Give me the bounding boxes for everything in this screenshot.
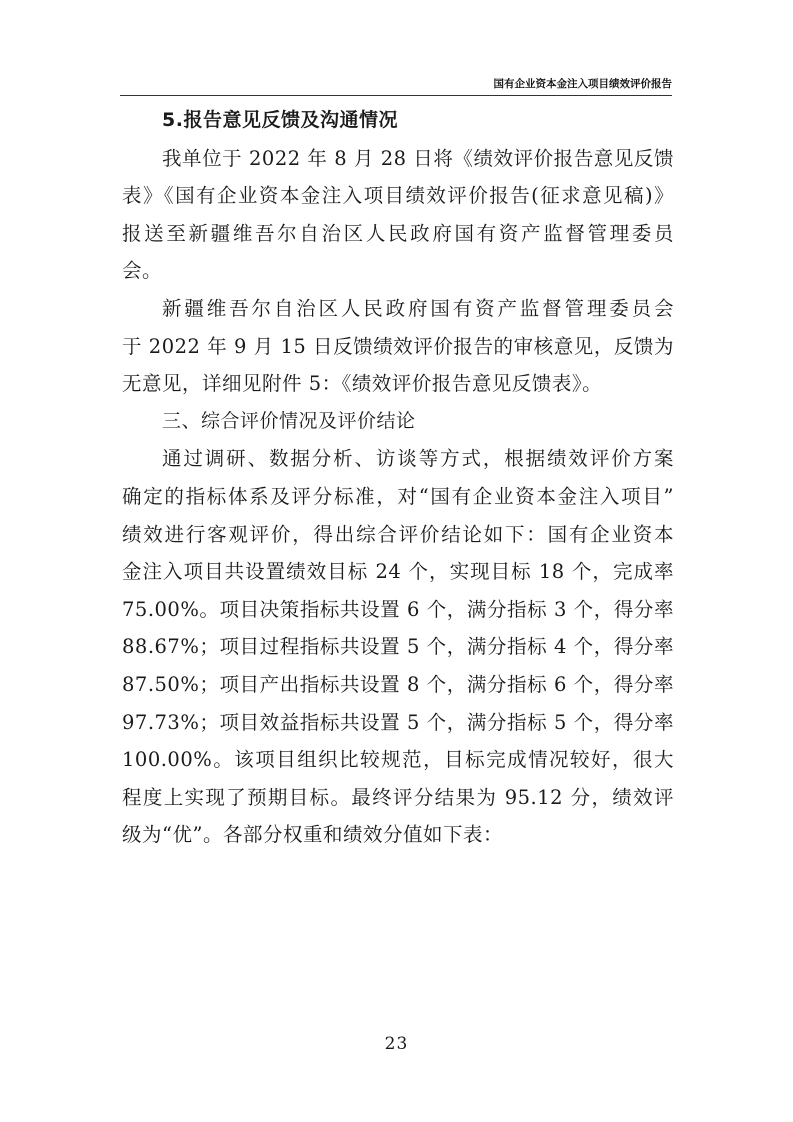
text-line: 确定的指标体系及评分标准，对“国有企业资本金注入项目” (122, 478, 674, 516)
text-line: 会。 (122, 252, 674, 290)
text-line: 通过调研、数据分析、访谈等方式，根据绩效评价方案 (122, 440, 674, 478)
text-line: 我单位于 2022 年 8 月 28 日将《绩效评价报告意见反馈 (122, 140, 674, 178)
paragraph-feedback-result: 新疆维吾尔自治区人民政府国有资产监督管理委员会 于 2022 年 9 月 15 … (122, 290, 674, 403)
paragraph-conclusion: 通过调研、数据分析、访谈等方式，根据绩效评价方案 确定的指标体系及评分标准，对“… (122, 440, 674, 854)
page-body: 5.报告意见反馈及沟通情况 我单位于 2022 年 8 月 28 日将《绩效评价… (122, 102, 674, 854)
text-line: 表》《国有企业资本金注入项目绩效评价报告(征求意见稿)》 (122, 177, 674, 215)
text-line: 100.00%。该项目组织比较规范，目标完成情况较好，很大 (122, 741, 674, 779)
text-line: 87.50%；项目产出指标共设置 8 个，满分指标 6 个，得分率 (122, 666, 674, 704)
text-line: 金注入项目共设置绩效目标 24 个，实现目标 18 个，完成率 (122, 553, 674, 591)
text-line: 绩效进行客观评价，得出综合评价结论如下：国有企业资本 (122, 516, 674, 554)
section-heading-feedback: 5.报告意见反馈及沟通情况 (122, 102, 674, 140)
text-line: 无意见，详细见附件 5：《绩效评价报告意见反馈表》。 (122, 365, 674, 403)
page-number: 23 (0, 1034, 793, 1054)
section-heading-conclusion: 三、综合评价情况及评价结论 (122, 403, 674, 441)
running-header-title: 国有企业资本金注入项目绩效评价报告 (494, 78, 673, 90)
text-line: 88.67%；项目过程指标共设置 5 个，满分指标 4 个，得分率 (122, 628, 674, 666)
text-line: 报送至新疆维吾尔自治区人民政府国有资产监督管理委员 (122, 215, 674, 253)
text-line: 程度上实现了预期目标。最终评分结果为 95.12 分，绩效评 (122, 779, 674, 817)
text-line: 新疆维吾尔自治区人民政府国有资产监督管理委员会 (122, 290, 674, 328)
text-line: 97.73%；项目效益指标共设置 5 个，满分指标 5 个，得分率 (122, 704, 674, 742)
text-line: 于 2022 年 9 月 15 日反馈绩效评价报告的审核意见，反馈为 (122, 328, 674, 366)
paragraph-feedback-submission: 我单位于 2022 年 8 月 28 日将《绩效评价报告意见反馈 表》《国有企业… (122, 140, 674, 290)
text-line: 级为“优”。各部分权重和绩效分值如下表： (122, 816, 674, 854)
running-header: 国有企业资本金注入项目绩效评价报告 (120, 76, 672, 96)
text-line: 75.00%。项目决策指标共设置 6 个，满分指标 3 个，得分率 (122, 591, 674, 629)
